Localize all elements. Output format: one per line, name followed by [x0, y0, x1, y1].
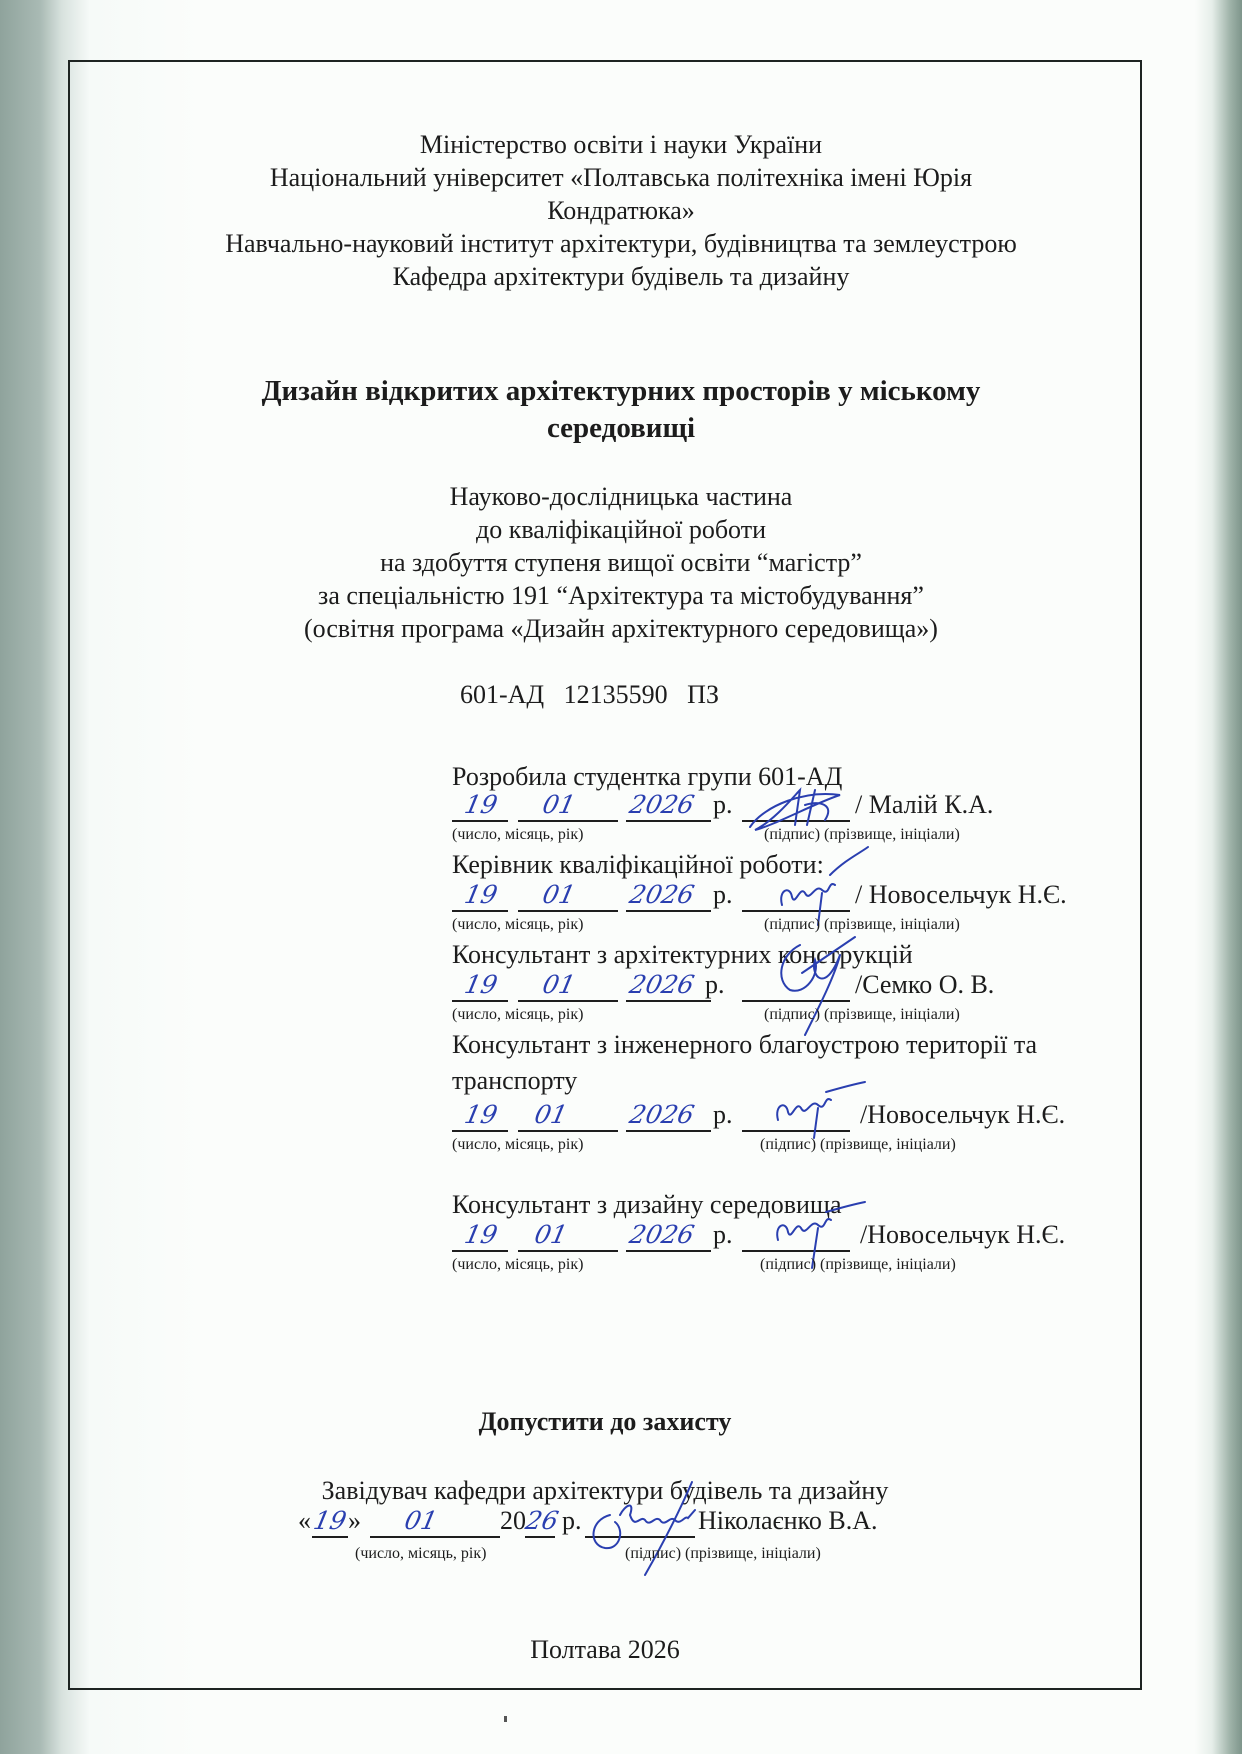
- subtitle-line2: до кваліфікаційної роботи: [0, 515, 1242, 545]
- signatory-4-signature-icon: [760, 1080, 870, 1140]
- subtitle-line3: на здобуття ступеня вищої освіти “магіст…: [0, 548, 1242, 578]
- signatory-4-year: 2026: [627, 1100, 697, 1130]
- signatory-4-year-suffix: р.: [713, 1100, 733, 1130]
- approval-signature-icon: [580, 1470, 710, 1580]
- head-of-department-name: Ніколаєнко В.А.: [698, 1506, 878, 1536]
- subtitle-line4: за спеціальністю 191 “Архітектура та міс…: [0, 581, 1242, 611]
- approval-day: 19: [311, 1506, 349, 1536]
- approval-year-label: р.: [562, 1506, 582, 1536]
- signatory-5-name: /Новосельчук Н.Є.: [860, 1220, 1065, 1250]
- thesis-title-line2: середовищі: [0, 410, 1242, 446]
- approval-year-prefix: 20: [500, 1506, 526, 1536]
- signatory-5-day: 19: [462, 1220, 500, 1250]
- signatory-3-signature-caption: (підпис) (прізвище, ініціали): [764, 1006, 960, 1024]
- signatory-4-day: 19: [462, 1100, 500, 1130]
- department-name: Кафедра архітектури будівель та дизайну: [0, 262, 1242, 292]
- signatory-5-year-suffix: р.: [713, 1220, 733, 1250]
- thesis-title-line1: Дизайн відкритих архітектурних просторів…: [0, 373, 1242, 409]
- signatory-4-month: 01: [532, 1100, 570, 1130]
- signatory-2-year: 2026: [627, 880, 697, 910]
- signatory-5-signature-caption: (підпис) (прізвище, ініціали): [760, 1256, 956, 1274]
- signatory-2-name: / Новосельчук Н.Є.: [855, 880, 1067, 910]
- signatory-1-month: 01: [540, 790, 578, 820]
- university-name-line1: Національний університет «Полтавська пол…: [0, 163, 1242, 193]
- approval-signature-caption: (підпис) (прізвище, ініціали): [625, 1545, 821, 1563]
- ministry-name: Міністерство освіти і науки України: [0, 130, 1242, 160]
- approval-open-quote: «: [298, 1506, 311, 1536]
- signatory-4-signature-caption: (підпис) (прізвище, ініціали): [760, 1136, 956, 1154]
- subtitle-line5: (освітня програма «Дизайн архітектурного…: [0, 614, 1242, 644]
- signatory-2-month: 01: [540, 880, 578, 910]
- signatory-2-day: 19: [462, 880, 500, 910]
- approval-year-suffix: 26: [523, 1506, 561, 1536]
- signatory-1-year: 2026: [627, 790, 697, 820]
- signatory-2-year-suffix: р.: [713, 880, 733, 910]
- institute-name: Навчально-науковий інститут архітектури,…: [0, 229, 1242, 259]
- signatory-3-year: 2026: [627, 970, 697, 1000]
- scan-speck: [504, 1716, 507, 1722]
- city-year: Полтава 2026: [70, 1635, 1140, 1665]
- signatory-2-signature-caption: (підпис) (прізвище, ініціали): [764, 916, 960, 934]
- signatory-5-year: 2026: [627, 1220, 697, 1250]
- university-name-line2: Кондратюка»: [0, 196, 1242, 226]
- signatory-3-name: /Семко О. В.: [855, 970, 994, 1000]
- signatory-3-month: 01: [540, 970, 578, 1000]
- signatory-3-year-suffix: р.: [705, 970, 725, 1000]
- signatory-5-date-caption: (число, місяць, рік): [452, 1256, 583, 1274]
- signatory-1-date-caption: (число, місяць, рік): [452, 826, 583, 844]
- approval-close-quote: »: [348, 1506, 361, 1536]
- subtitle-line1: Науково-дослідницька частина: [0, 482, 1242, 512]
- signatory-5-month: 01: [532, 1220, 570, 1250]
- signatory-3-date-caption: (число, місяць, рік): [452, 1006, 583, 1024]
- approval-heading: Допустити до захисту: [70, 1407, 1140, 1437]
- signatory-3-day: 19: [462, 970, 500, 1000]
- approval-date-caption: (число, місяць, рік): [355, 1545, 486, 1563]
- signatory-4-name: /Новосельчук Н.Є.: [860, 1100, 1065, 1130]
- signatory-2-date-caption: (число, місяць, рік): [452, 916, 583, 934]
- signatory-4-date-caption: (число, місяць, рік): [452, 1136, 583, 1154]
- signatory-1-signature-caption: (підпис) (прізвище, ініціали): [764, 826, 960, 844]
- signatory-4-role-line2: транспорту: [452, 1066, 577, 1096]
- document-code: 601-АД 12135590 ПЗ: [460, 680, 719, 710]
- signatory-1-name: / Малій К.А.: [855, 790, 993, 820]
- approval-month: 01: [402, 1506, 440, 1536]
- signatory-1-year-suffix: р.: [713, 790, 733, 820]
- signatory-1-day: 19: [462, 790, 500, 820]
- signatory-4-role-line1: Консультант з інженерного благоустрою те…: [452, 1030, 1037, 1060]
